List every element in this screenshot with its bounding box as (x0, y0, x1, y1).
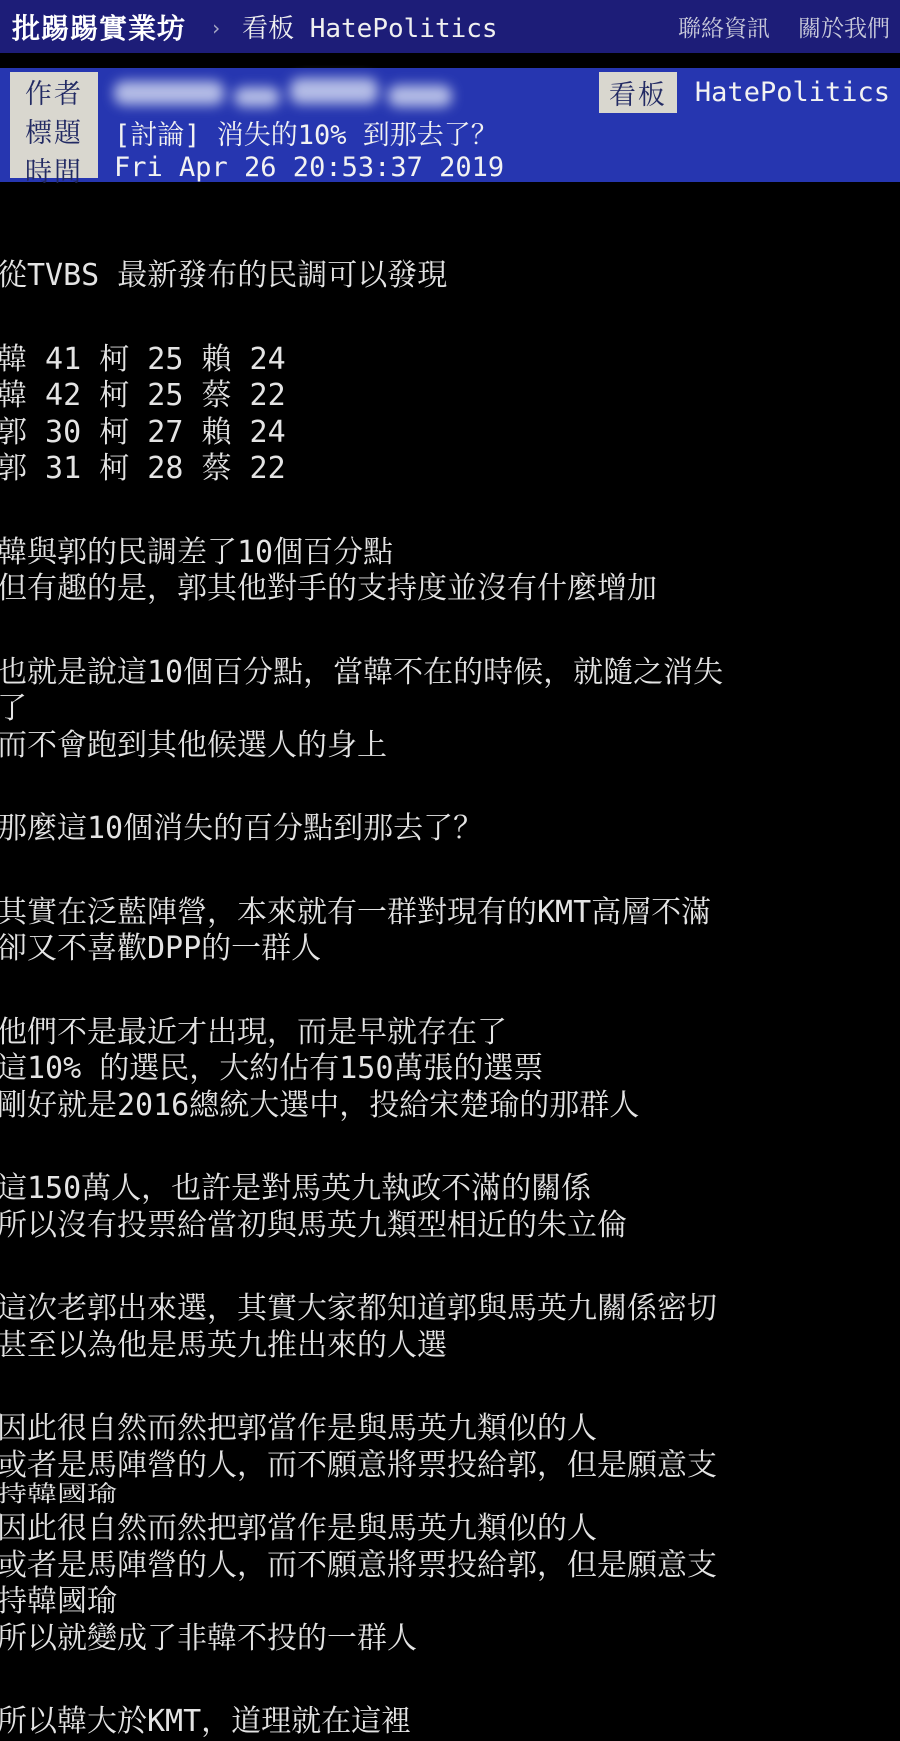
body-line: 或者是馬陣營的人，而不願意將票投給郭，但是願意支 (0, 1548, 900, 1585)
top-nav-links: 聯絡資訊 關於我們 (678, 10, 890, 43)
body-line: 韓 42 柯 25 蔡 22 (0, 378, 900, 415)
board-tag-label: 看板 (599, 72, 677, 113)
author-redacted-blur (114, 79, 452, 107)
site-brand-link[interactable]: 批踢踢實業坊 (12, 7, 186, 47)
ptt-web-page: 批踢踢實業坊 › 看板 HatePolitics 聯絡資訊 關於我們 作者 標題… (0, 0, 900, 1741)
body-line: 韓 41 柯 25 賴 24 (0, 342, 900, 379)
header-gap (0, 53, 900, 68)
meta-title-row: [討論] 消失的10% 到那去了？ (114, 113, 892, 152)
body-blank-line (0, 295, 900, 342)
body-line: 其實在泛藍陣營，本來就有一群對現有的KMT高層不滿 (0, 895, 900, 932)
author-label: 作者 (10, 72, 98, 111)
body-line: 從TVBS 最新發布的民調可以發現 (0, 258, 900, 295)
body-line: 甚至以為他是馬英九推出來的人選 (0, 1328, 900, 1365)
body-line: 或者是馬陣營的人，而不願意將票投給郭，但是願意支 (0, 1448, 900, 1485)
body-blank-line (0, 1244, 900, 1291)
body-line: 也就是說這10個百分點，當韓不在的時候，就隨之消失 (0, 655, 900, 692)
body-line: 了 (0, 691, 900, 728)
body-line: 剛好就是2016總統大選中，投給宋楚瑜的那群人 (0, 1088, 900, 1125)
breadcrumb-separator-icon: › (210, 16, 222, 40)
body-line: 所以韓大於KMT，道理就在這裡 (0, 1704, 900, 1741)
body-line: 他們不是最近才出現，而是早就存在了 (0, 1015, 900, 1052)
body-blank-line (0, 1124, 900, 1171)
meta-content-column: 看板 HatePolitics [討論] 消失的10% 到那去了？ Fri Ap… (98, 72, 900, 178)
time-label: 時間 (10, 150, 98, 189)
blur-blob (290, 78, 378, 104)
body-line: 所以沒有投票給當初與馬英九類型相近的朱立倫 (0, 1208, 900, 1245)
meta-label-column: 作者 標題 時間 (10, 72, 98, 178)
board-name-link[interactable]: HatePolitics (695, 77, 892, 108)
meta-time-row: Fri Apr 26 20:53:37 2019 (114, 152, 892, 183)
blur-blob (388, 85, 452, 107)
breadcrumb-board-link[interactable]: 看板 HatePolitics (242, 8, 498, 45)
body-line: 持韓國瑜 (0, 1584, 900, 1621)
body-line: 韓與郭的民調差了10個百分點 (0, 535, 900, 572)
contact-info-link[interactable]: 聯絡資訊 (678, 10, 770, 43)
body-line: 郭 31 柯 28 蔡 22 (0, 451, 900, 488)
body-line: 這10% 的選民，大約佔有150萬張的選票 (0, 1051, 900, 1088)
body-line: 這150萬人，也許是對馬英九執政不滿的關係 (0, 1171, 900, 1208)
body-blank-line (0, 848, 900, 895)
post-body: 從TVBS 最新發布的民調可以發現韓 41 柯 25 賴 24韓 42 柯 25… (0, 182, 900, 1741)
body-line: 因此很自然而然把郭當作是與馬英九類似的人 (0, 1411, 900, 1448)
body-line: 這次老郭出來選，其實大家都知道郭與馬英九關係密切 (0, 1291, 900, 1328)
body-line: 因此很自然而然把郭當作是與馬英九類似的人 (0, 1511, 900, 1548)
body-blank-line (0, 1657, 900, 1704)
body-line: 那麼這10個消失的百分點到那去了？ (0, 811, 900, 848)
title-label: 標題 (10, 111, 98, 150)
blur-blob (114, 81, 224, 105)
post-timestamp: Fri Apr 26 20:53:37 2019 (114, 152, 504, 183)
article-meta-block: 作者 標題 時間 看板 HatePolitics [討論] 消失的10% 到那去… (0, 68, 900, 182)
blur-blob (234, 87, 280, 107)
body-line: 郭 30 柯 27 賴 24 (0, 415, 900, 452)
body-blank-line (0, 764, 900, 811)
post-title: [討論] 消失的10% 到那去了？ (114, 113, 498, 152)
body-blank-line (0, 608, 900, 655)
body-blank-line (0, 1364, 900, 1411)
body-line: 但有趣的是，郭其他對手的支持度並沒有什麼增加 (0, 571, 900, 608)
body-blank-line (0, 488, 900, 535)
body-line: 而不會跑到其他候選人的身上 (0, 728, 900, 765)
meta-author-row: 看板 HatePolitics (114, 72, 892, 113)
body-line: 持韓國瑜 (0, 1484, 900, 1505)
about-us-link[interactable]: 關於我們 (798, 10, 890, 43)
body-line: 所以就變成了非韓不投的一群人 (0, 1621, 900, 1658)
top-nav-bar: 批踢踢實業坊 › 看板 HatePolitics 聯絡資訊 關於我們 (0, 0, 900, 53)
body-blank-line (0, 968, 900, 1015)
body-line: 卻又不喜歡DPP的一群人 (0, 931, 900, 968)
